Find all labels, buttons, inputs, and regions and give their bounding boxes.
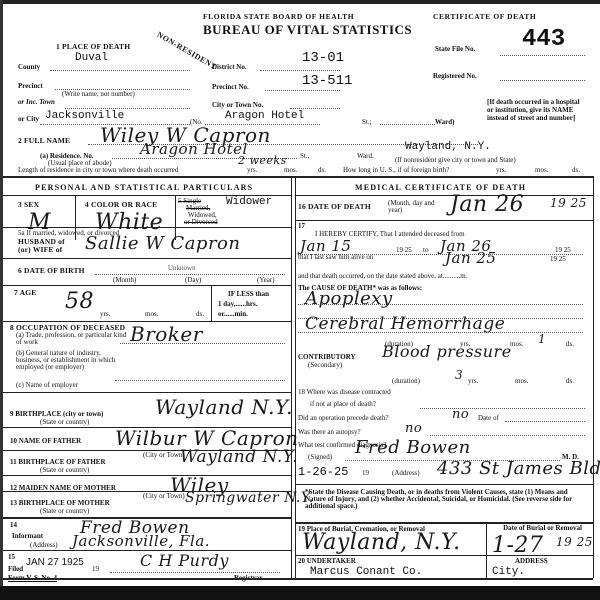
undertaker-address-label: ADDRESS: [515, 557, 548, 565]
duration2-label: (duration): [392, 377, 420, 385]
district-label: District No.: [212, 63, 247, 71]
spouse-value: Sallie W Capron: [85, 233, 241, 254]
date-of-death-sublabel: (Month, day and year): [388, 200, 448, 214]
bottom-rule: [3, 578, 593, 580]
death-occurred-text: and that death occurred, on the date sta…: [298, 272, 468, 280]
precinct-note: (Write name, not number): [62, 90, 135, 98]
length-residence-label: Length of residence in city or town wher…: [18, 166, 178, 174]
burial-place: Wayland, N.Y.: [302, 530, 461, 555]
length-residence-value: 2 weeks: [238, 154, 287, 167]
registered-label: Registered No.: [433, 72, 477, 80]
district-line: [260, 70, 340, 71]
address-label: (Address): [392, 469, 420, 477]
birthplace-value: Wayland N.Y.: [155, 395, 293, 419]
right-border: [593, 176, 594, 578]
burial-year: 19 25: [556, 535, 593, 549]
certificate-title: CERTIFICATE OF DEATH: [433, 12, 536, 21]
attended-from-year: 19 25: [396, 246, 412, 254]
father-birthplace-sublabel: (State or country): [40, 466, 89, 474]
district-value: 13-01: [302, 50, 344, 66]
age-value: 58: [65, 289, 94, 314]
personal-section-title: PERSONAL AND STATISTICAL PARTICULARS: [35, 183, 253, 192]
cause-secondary: Cerebral Hemorrhage: [305, 314, 505, 334]
informant-address-value: Jacksonville, Fla.: [72, 532, 210, 550]
full-name-label: 2 FULL NAME: [18, 136, 70, 145]
us-ds: ds.: [572, 166, 580, 174]
physician-signature: Fred Bowen: [355, 437, 471, 458]
rule: [505, 421, 585, 422]
us-label: How long in U. S., if of foreign birth?: [343, 166, 449, 174]
rule: [296, 195, 593, 196]
attended-to-year: 19 25: [555, 246, 571, 254]
place-of-death-heading: 1 PLACE OF DEATH: [56, 42, 130, 51]
rule: [95, 274, 285, 275]
duration2-value: 3: [455, 368, 463, 382]
rule: [296, 555, 593, 556]
duration-ds: ds.: [566, 340, 574, 348]
place-address-value: Aragon Hotel: [225, 110, 304, 122]
section-divider: [3, 176, 593, 178]
father-birthplace-value: Wayland N.Y.: [180, 447, 298, 467]
city-town-no-line: [290, 108, 340, 109]
age-label: 7 AGE: [14, 288, 36, 297]
dob-year-label: (Year): [257, 276, 275, 284]
occupation-value: Broker: [130, 322, 203, 346]
filed-label: Filed: [8, 565, 23, 573]
dob-value: Unknown: [168, 264, 196, 272]
nonresident-value: Wayland, N.Y.: [405, 141, 491, 153]
county-line: [50, 70, 190, 71]
less-than-label: IF LESS than: [228, 290, 269, 298]
ward-line: [380, 124, 435, 125]
sign-date: 1-26-25: [298, 465, 348, 479]
county-label: County: [18, 63, 40, 71]
city-value: Jacksonville: [45, 110, 124, 122]
marital-divorced: or Divorced: [184, 218, 218, 226]
duration-mos: mos.: [510, 340, 523, 348]
state-file-label: State File No.: [435, 45, 475, 53]
board-title: FLORIDA STATE BOARD OF HEALTH: [203, 12, 354, 21]
last-saw-text: that I last saw him alive on: [298, 253, 373, 261]
undertaker-address: City.: [492, 566, 525, 578]
day-hrs-label: 1 day,......hrs.: [218, 300, 257, 308]
rule: [211, 285, 212, 321]
spouse-label-3: (or) WIFE of: [18, 245, 62, 254]
length-yrs: yrs.: [247, 166, 257, 174]
sex-label: 3 SEX: [18, 200, 39, 209]
precinct-label: Precinct: [18, 82, 43, 90]
scan-top-border: [0, 0, 600, 4]
birthplace-label: 9 BIRTHPLACE (city or town): [10, 410, 103, 418]
dob-day-label: (Day): [185, 276, 201, 284]
occupation-c-label: (c) Name of employer: [16, 381, 78, 389]
length-ds: ds.: [318, 166, 326, 174]
age-yrs: yrs.: [100, 310, 110, 318]
residence-value: Aragon Hotel: [140, 140, 248, 158]
rule: [110, 572, 280, 573]
item-18: 18 Where was disease contracted: [298, 388, 391, 396]
hospital-note: [If death occurred in a hospital or inst…: [487, 98, 587, 122]
filed-19: 19: [92, 565, 99, 573]
signed-label: (Signed): [308, 453, 332, 461]
filed-number: 15: [8, 553, 15, 561]
sign-19: 19: [362, 469, 369, 477]
center-divider-inner: [295, 178, 296, 578]
contributory-label: CONTRIBUTORY: [298, 353, 356, 361]
us-yrs: yrs.: [496, 166, 506, 174]
autopsy-label: Was there an autopsy?: [298, 428, 361, 436]
mother-birthplace-sublabel: (State or country): [40, 507, 89, 515]
informant-address-label: (Address): [30, 541, 58, 549]
registrar-signature: C H Purdy: [140, 551, 229, 570]
center-divider: [291, 178, 292, 578]
rule: [115, 380, 285, 381]
date-of-death-value: Jan 26: [450, 192, 524, 217]
city-label: or City: [18, 115, 39, 123]
length-mos: mos.: [284, 166, 297, 174]
date-of-death-year: 19 25: [550, 196, 587, 210]
father-birth-town-label: (City or Town): [143, 451, 185, 459]
rule: [420, 408, 585, 409]
duration-days-value: 1: [538, 332, 546, 346]
informant-number: 14: [10, 521, 17, 529]
rule: [3, 285, 291, 286]
inc-town-label: or Inc. Town: [18, 98, 55, 106]
scan-left-border: [0, 0, 3, 586]
scan-bottom-border: [0, 586, 600, 600]
secondary-label: (Secondary): [308, 361, 342, 369]
item-17: 17: [298, 222, 305, 230]
duration2-mos: mos.: [515, 377, 528, 385]
rule: [3, 227, 291, 228]
operation-value: no: [452, 407, 469, 422]
age-ds: ds.: [196, 310, 204, 318]
burial-date-label: Date of Burial or Removal: [500, 525, 585, 532]
rule: [3, 392, 291, 393]
rule: [3, 475, 291, 476]
date-of-label: Date of: [478, 414, 499, 422]
color-label: 4 COLOR OR RACE: [85, 200, 157, 209]
ward-label: Ward): [435, 118, 454, 126]
inc-town-line: [65, 108, 190, 109]
or-min-label: or......min.: [218, 310, 248, 318]
undertaker-value: Marcus Conant Co.: [310, 566, 422, 578]
not-at-place-label: if not at place of death?: [310, 400, 376, 408]
rule: [296, 220, 593, 221]
duration2-ds: ds.: [566, 377, 574, 385]
us-mos: mos.: [535, 166, 548, 174]
city-town-no-label: City or Town No.: [212, 101, 263, 109]
state-file-number: 443: [522, 26, 565, 53]
undertaker-label: 20 UNDERTAKER: [298, 557, 356, 565]
physician-address: 433 St James Bldg: [437, 458, 600, 479]
rule: [486, 522, 487, 578]
father-label: 10 NAME OF FATHER: [10, 437, 81, 445]
to-label: to: [423, 246, 428, 254]
mother-birthplace-label: 13 BIRTHPLACE OF MOTHER: [10, 499, 110, 507]
residence-st-label: St.,: [300, 152, 309, 160]
date-of-death-label: 16 DATE OF DEATH: [298, 202, 371, 211]
age-mos: mos.: [145, 310, 158, 318]
rule: [296, 484, 593, 485]
registered-line: [500, 80, 585, 81]
filed-date-stamp: JAN 27 1925: [26, 557, 84, 568]
precinct-no-line: [265, 90, 340, 91]
contributory-value: Blood pressure: [382, 342, 512, 361]
marital-value: Widower: [226, 196, 272, 208]
mother-birth-town-label: (City or Town): [143, 492, 185, 500]
bureau-title: BUREAU OF VITAL STATISTICS: [203, 22, 412, 38]
rule: [3, 258, 291, 259]
autopsy-value: no: [405, 421, 422, 436]
dob-label: 6 DATE OF BIRTH: [18, 266, 85, 275]
medical-section-title: MEDICAL CERTIFICATE OF DEATH: [355, 183, 526, 192]
dob-month-label: (Month): [113, 276, 136, 284]
last-saw-value: Jan 25: [445, 249, 496, 267]
nonresident-note: (If nonresident give city or town and St…: [395, 156, 516, 164]
cause-footnote: *State the Disease Causing Death, or in …: [305, 489, 590, 510]
county-value: Duval: [75, 52, 108, 64]
state-file-line: [500, 55, 585, 56]
mother-birthplace-value: Springwater N.Y.: [185, 490, 314, 506]
precinct-no-label: Precinct No.: [212, 83, 249, 91]
operation-label: Did an operation precede death?: [298, 414, 389, 422]
informant-label: Informant: [12, 532, 43, 540]
precinct-no-value: 13-511: [302, 73, 352, 89]
last-saw-year: 19 25: [550, 255, 566, 263]
cause-primary: Apoplexy: [305, 288, 393, 309]
st-label: St.;: [362, 118, 372, 126]
father-birthplace-label: 11 BIRTHPLACE OF FATHER: [10, 458, 106, 466]
occupation-b-label: (b) General nature of industry, business…: [16, 350, 126, 371]
rule: [430, 435, 585, 436]
occupation-a-label: (a) Trade, profession, or particular kin…: [16, 332, 131, 346]
duration2-yrs: yrs.: [468, 377, 478, 385]
birthplace-sublabel: (State or country): [40, 418, 89, 426]
residence-ward-label: Ward.: [357, 152, 374, 160]
